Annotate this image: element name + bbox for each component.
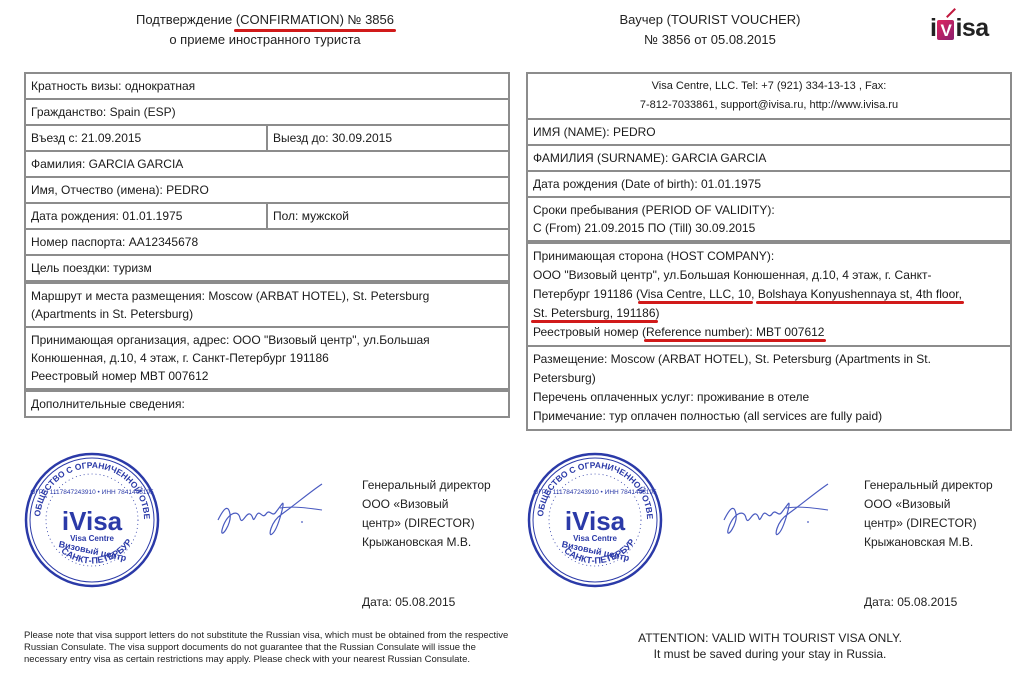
voucher-birth-date: Дата рождения (Date of birth): 01.01.197… (527, 171, 1011, 197)
additional-info: Дополнительные сведения: (25, 391, 509, 417)
svg-text:ОГРН 1117847243910 • ИНН 78414: ОГРН 1117847243910 • ИНН 7841448195 (30, 489, 154, 496)
voucher-surname: ФАМИЛИЯ (SURNAME): GARCIA GARCIA (527, 145, 1011, 171)
accommodation-services: Размещение: Moscow (ARBAT HOTEL), St. Pe… (527, 346, 1011, 430)
route-accommodation: Маршрут и места размещения: Moscow (ARBA… (25, 283, 509, 327)
entry-date: Въезд с: 21.09.2015 (25, 125, 267, 151)
visa-multiplicity: Кратность визы: однократная (25, 73, 509, 99)
confirmation-date: Дата: 05.08.2015 (362, 595, 455, 609)
checkmark-icon: V (937, 20, 954, 40)
confirmation-number-highlight: (CONFIRMATION) № 3856 (236, 10, 394, 30)
birth-date: Дата рождения: 01.01.1975 (25, 203, 267, 229)
citizenship: Гражданство: Spain (ESP) (25, 99, 509, 125)
svg-text:iVisa: iVisa (62, 506, 123, 536)
company-stamp: ОБЩЕСТВО С ОГРАНИЧЕННОЙ ОТВЕТСТВЕННОСТЬЮ… (22, 450, 162, 590)
director-block: Генеральный директор ООО «Визовый центр»… (864, 476, 993, 552)
host-organization: Принимающая организация, адрес: ООО "Виз… (25, 327, 509, 389)
exit-date: Выезд до: 30.09.2015 (267, 125, 509, 151)
svg-text:iVisa: iVisa (565, 506, 626, 536)
director-signature (716, 478, 836, 548)
highlight-street: Bolshaya Konyushennaya st, 4th floor, (758, 287, 962, 301)
visa-disclaimer: Please note that visa support letters do… (24, 630, 514, 666)
voucher-name: ИМЯ (NAME): PEDRO (527, 119, 1011, 145)
company-contacts: Visa Centre, LLC. Tel: +7 (921) 334-13-1… (527, 73, 1011, 119)
voucher-subtitle: № 3856 от 05.08.2015 (520, 30, 900, 50)
trip-purpose: Цель поездки: туризм (25, 255, 509, 281)
sex: Пол: мужской (267, 203, 509, 229)
surname: Фамилия: GARCIA GARCIA (25, 151, 509, 177)
validity-period: Сроки пребывания (PERIOD OF VALIDITY): С… (527, 197, 1011, 241)
highlight-company: Visa Centre, LLC, 10 (640, 287, 751, 301)
confirmation-title: Подтверждение (CONFIRMATION) № 3856 (40, 10, 490, 30)
given-names: Имя, Отчество (имена): PEDRO (25, 177, 509, 203)
confirmation-header: Подтверждение (CONFIRMATION) № 3856 о пр… (40, 10, 490, 50)
voucher-title: Ваучер (TOURIST VOUCHER) (520, 10, 900, 30)
ivisa-logo: iVisa (930, 14, 989, 43)
voucher-table: Visa Centre, LLC. Tel: +7 (921) 334-13-1… (526, 72, 1012, 431)
voucher-date: Дата: 05.08.2015 (864, 595, 957, 609)
attention-notice: ATTENTION: VALID WITH TOURIST VISA ONLY.… (560, 630, 980, 662)
host-company: Принимающая сторона (HOST COMPANY): ООО … (527, 243, 1011, 346)
highlight-city: St. Petersburg, 191186 (533, 306, 656, 320)
company-stamp: ОБЩЕСТВО С ОГРАНИЧЕННОЙ ОТВЕТСТВЕННОСТЬЮ… (525, 450, 665, 590)
director-block: Генеральный директор ООО «Визовый центр»… (362, 476, 491, 552)
voucher-header: Ваучер (TOURIST VOUCHER) № 3856 от 05.08… (520, 10, 900, 50)
director-signature (210, 478, 330, 548)
passport-number: Номер паспорта: AA12345678 (25, 229, 509, 255)
confirmation-table: Кратность визы: однократная Гражданство:… (24, 72, 510, 418)
highlight-reference: Reference number): MBT 007612 (646, 325, 825, 339)
svg-text:ОГРН 1117847243910 • ИНН 78414: ОГРН 1117847243910 • ИНН 7841448195 (533, 489, 657, 496)
confirmation-subtitle: о приеме иностранного туриста (40, 30, 490, 50)
